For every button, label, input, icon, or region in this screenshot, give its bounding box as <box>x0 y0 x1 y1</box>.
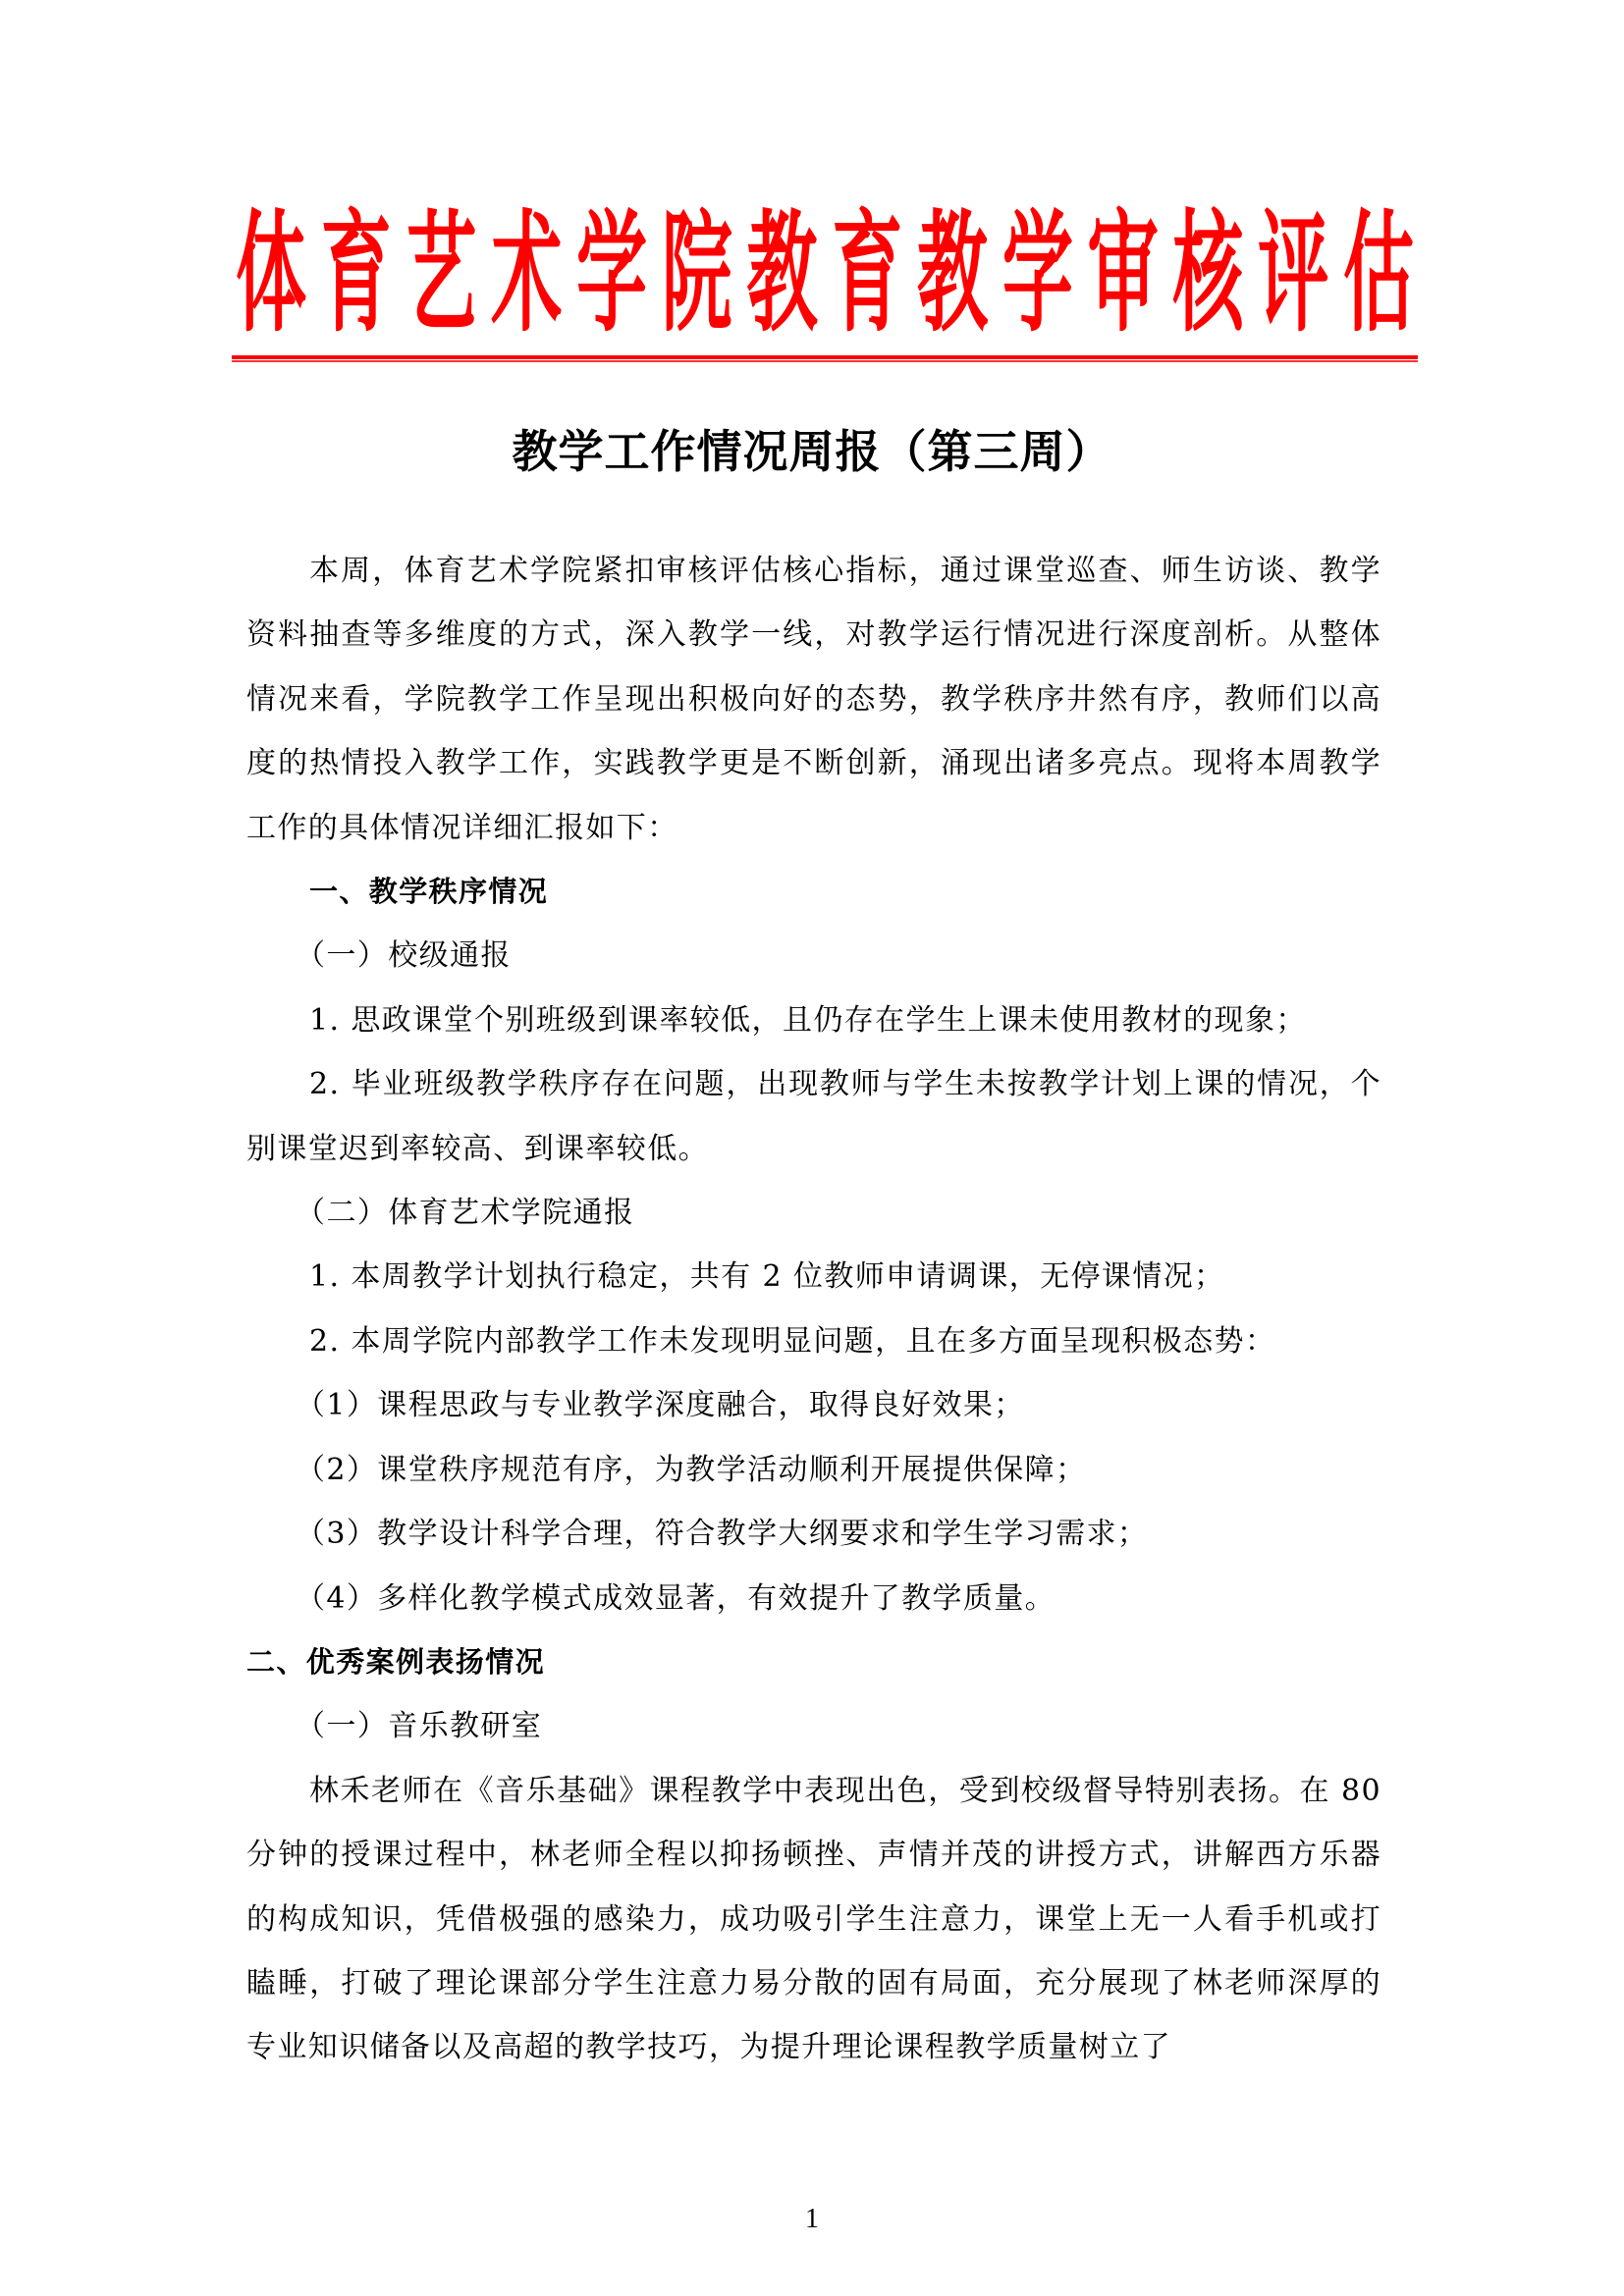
masthead-char: 评 <box>1254 208 1332 339</box>
sub-list-item: （3）教学设计科学合理，符合教学大纲要求和学生学习需求； <box>246 1502 1381 1566</box>
page-number: 1 <box>0 2203 1624 2236</box>
masthead-char: 学 <box>572 208 651 339</box>
subsection-heading: （一）校级通报 <box>246 924 1381 988</box>
masthead-char: 体 <box>232 208 310 339</box>
document-page: 体 育 艺 术 学 院 教 育 教 学 审 核 评 估 教学工作情况周报（第三周… <box>0 0 1624 2296</box>
masthead-char: 教 <box>743 208 822 339</box>
sub-list-item: （1）课程思政与专业教学深度融合，取得良好效果； <box>246 1373 1381 1437</box>
masthead-divider-thin <box>232 360 1418 362</box>
list-item: 1. 思政课堂个别班级到课率较低，且仍存在学生上课未使用教材的现象； <box>246 988 1381 1052</box>
masthead-char: 育 <box>317 208 396 339</box>
masthead-char: 育 <box>828 208 906 339</box>
masthead-divider-thick <box>232 355 1418 359</box>
masthead: 体 育 艺 术 学 院 教 育 教 学 审 核 评 估 <box>232 196 1418 353</box>
masthead-char: 院 <box>658 208 736 339</box>
masthead-char: 核 <box>1168 208 1247 339</box>
subsection-heading: （二）体育艺术学院通报 <box>246 1181 1381 1245</box>
masthead-char: 艺 <box>403 208 481 339</box>
list-item: 2. 本周学院内部教学工作未发现明显问题，且在多方面呈现积极态势： <box>246 1309 1381 1373</box>
intro-paragraph: 本周，体育艺术学院紧扣审核评估核心指标，通过课堂巡查、师生访谈、教学资料抽查等多… <box>246 539 1381 860</box>
masthead-char: 学 <box>999 208 1077 339</box>
sub-list-item: （4）多样化教学模式成效显著，有效提升了教学质量。 <box>246 1567 1381 1630</box>
section-heading-2: 二、优秀案例表扬情况 <box>246 1630 1381 1694</box>
list-item: 2. 毕业班级教学秩序存在问题，出现教师与学生未按教学计划上课的情况，个别课堂迟… <box>246 1052 1381 1181</box>
masthead-char: 审 <box>1084 208 1163 339</box>
masthead-char: 教 <box>913 208 992 339</box>
subsection-heading: （一）音乐教研室 <box>246 1694 1381 1758</box>
sub-list-item: （2）课堂秩序规范有序，为教学活动顺利开展提供保障； <box>246 1438 1381 1502</box>
list-item: 1. 本周教学计划执行稳定，共有 2 位教师申请调课，无停课情况； <box>246 1245 1381 1308</box>
masthead-char: 估 <box>1339 208 1418 339</box>
case-paragraph: 林禾老师在《音乐基础》课程教学中表现出色，受到校级督导特别表扬。在 80 分钟的… <box>246 1759 1381 2080</box>
document-title: 教学工作情况周报（第三周） <box>0 420 1624 483</box>
masthead-char: 术 <box>487 208 566 339</box>
document-body: 本周，体育艺术学院紧扣审核评估核心指标，通过课堂巡查、师生访谈、教学资料抽查等多… <box>246 539 1381 2080</box>
section-heading-1: 一、教学秩序情况 <box>246 860 1381 924</box>
